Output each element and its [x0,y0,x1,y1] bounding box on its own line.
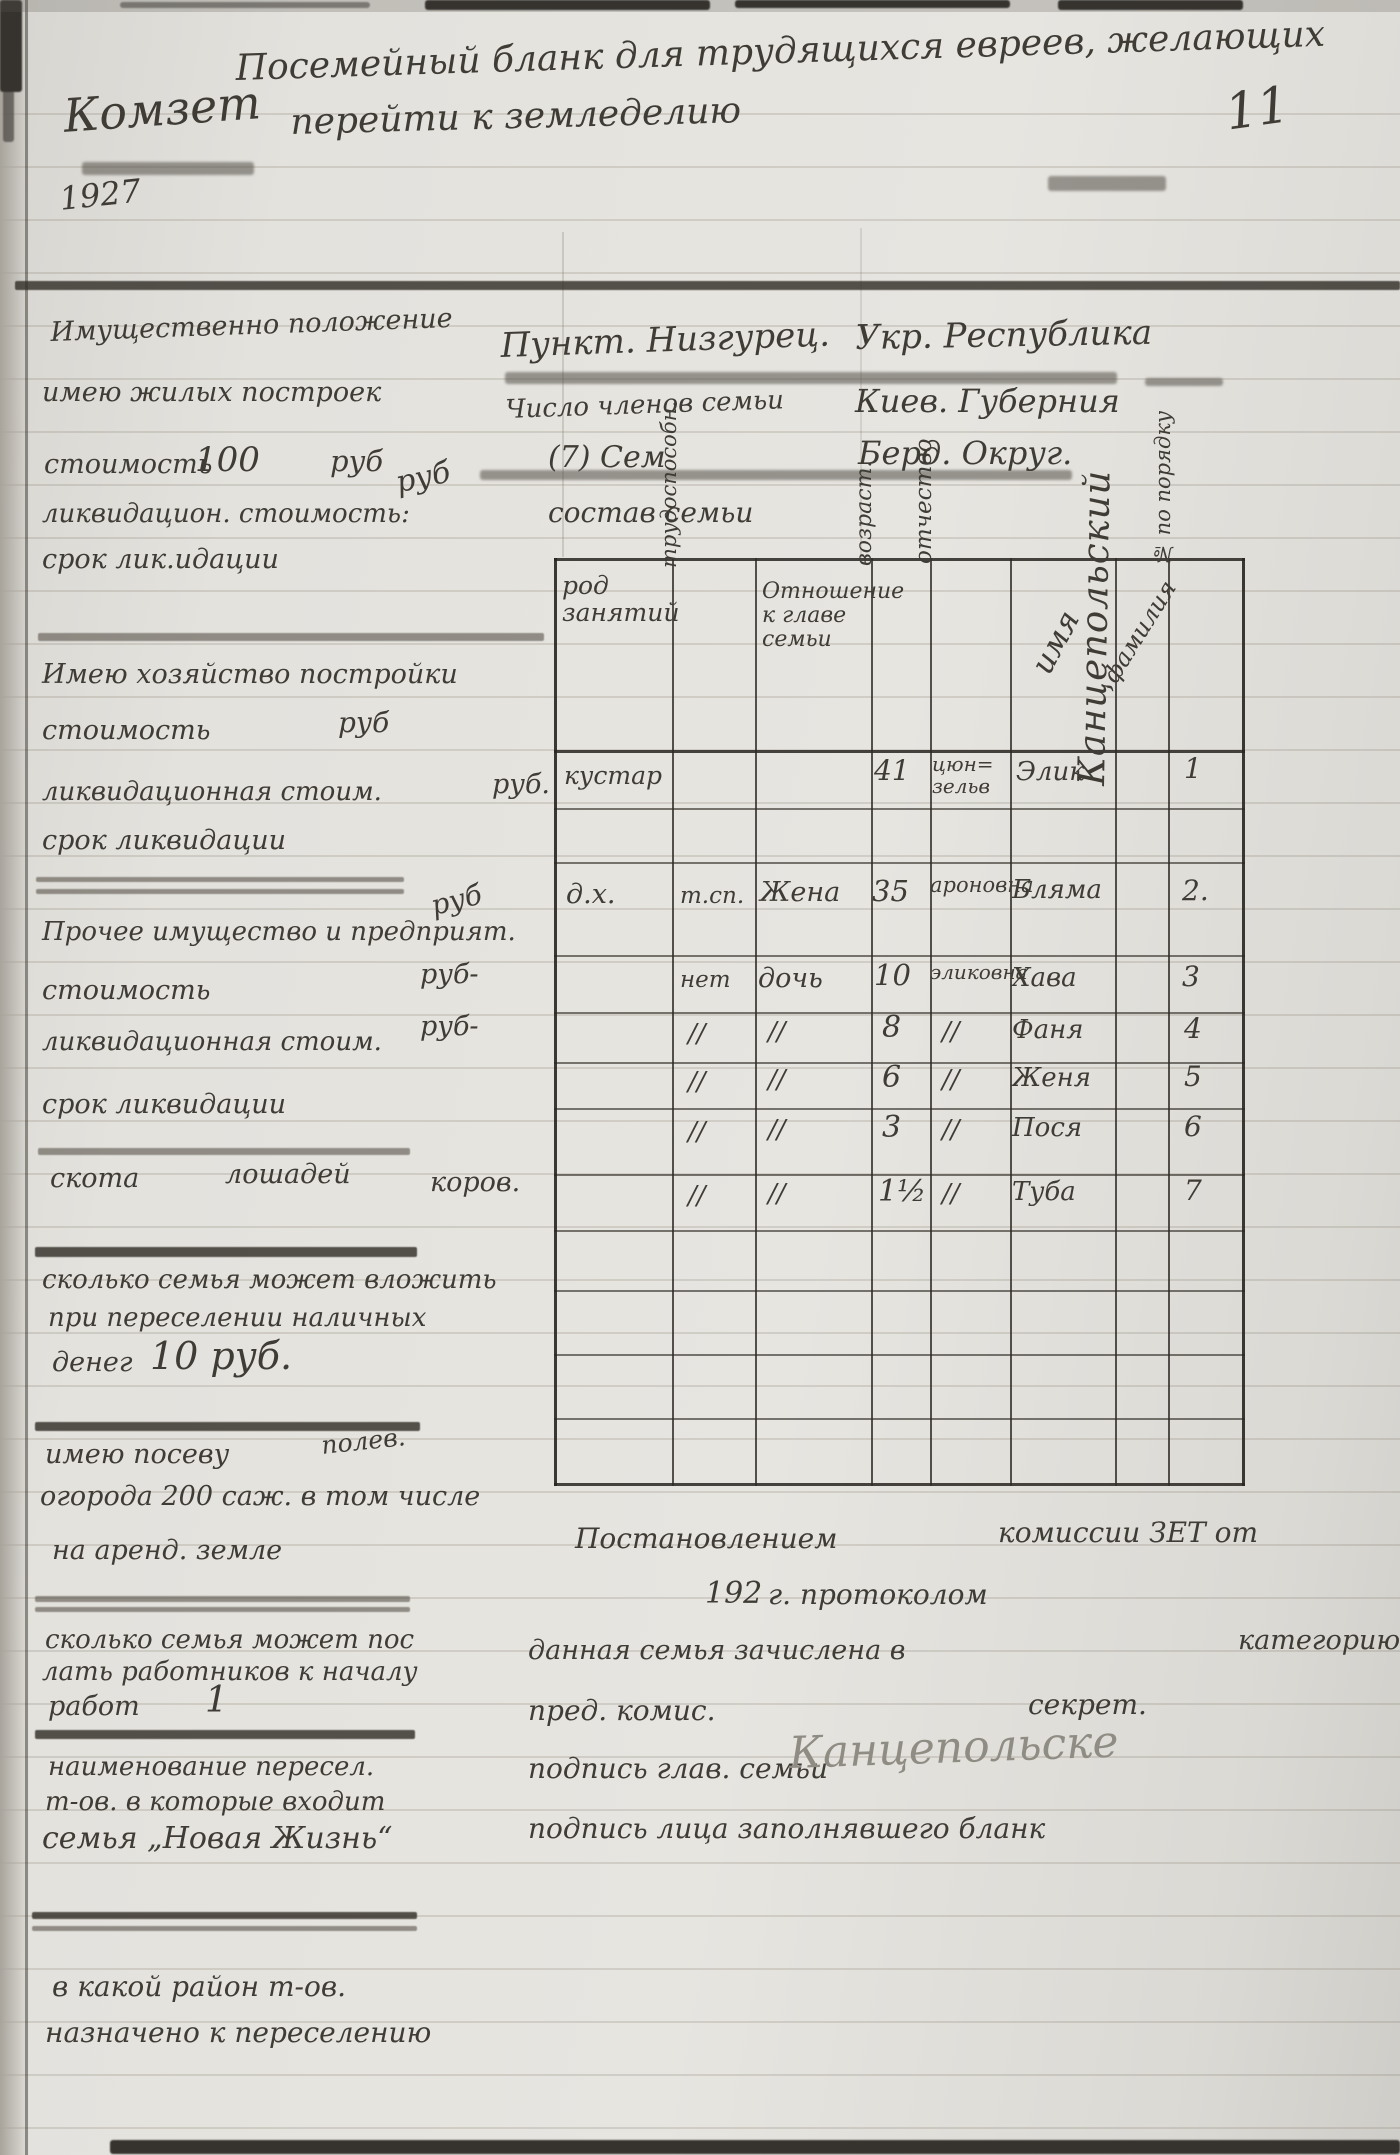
section-divider-line [35,1607,410,1612]
field-liq-cost-unit: руб [393,457,453,500]
cell-ability: // [688,1118,706,1146]
cell-name: Женя [1012,1064,1091,1092]
cell-ability: // [688,1068,706,1096]
field-liq-cost-unit: руб- [420,1012,479,1041]
cell-relation: дочь [758,964,823,993]
cell-relation: // [768,1116,786,1144]
field-liq-term: срок ликвидации [42,1090,286,1119]
section-divider-line [35,1247,417,1257]
field-cost-unit: руб- [420,960,479,989]
scan-top-mark [120,2,370,8]
field-liq-term: срок ликвидации [42,826,286,855]
field-workers-line1: сколько семья может пос [45,1626,414,1654]
pencil-smudge [82,162,254,175]
field-workers-value: 1 [205,1682,228,1721]
pencil-smudge [1145,378,1223,386]
field-members-label: Число членов семьи [505,386,784,424]
field-other-property-unit: руб [428,880,485,922]
scan-bottom-strip [110,2140,1400,2154]
scan-edge-mark [3,90,14,142]
table-title: состав семьи [548,498,753,528]
field-livestock-label: скота [50,1164,139,1193]
cell-patronymic: // [942,1116,960,1144]
cell-number: 3 [1182,962,1200,992]
cell-relation: // [768,1066,786,1094]
field-cost-unit: руб [338,708,389,738]
cell-number: 1 [1184,754,1202,784]
col-header-relation: Отношение к главе семьи [762,580,864,651]
cell-number: 6 [1184,1112,1202,1142]
field-liq-cost-label: ликвидационная стоим. [42,1028,382,1056]
cell-patronymic: // [942,1180,960,1208]
field-region-line2: назначено к переселению [45,2018,431,2048]
cell-number: 7 [1184,1176,1202,1206]
section-divider-line [38,1148,410,1155]
cell-age: 10 [874,960,911,991]
cell-patronymic: цюн= зельв [932,754,1008,797]
cell-name: Хава [1012,964,1077,992]
field-coop-line2: т-ов. в которые входит [45,1788,385,1816]
section-divider-line [32,1912,417,1919]
head-signature-label: подпись глав. семьи [528,1754,828,1784]
cell-name: Пося [1012,1114,1082,1142]
field-farm-buildings: Имею хозяйство постройки [42,660,458,689]
cell-age: 35 [872,876,909,907]
field-invest-money-value: 10 руб. [150,1336,292,1377]
cell-age: 1½ [878,1176,926,1208]
field-invest-line1: сколько семья может вложить [42,1266,497,1294]
section-divider-line [35,1596,410,1602]
resolution-chairman-label: пред. комис. [528,1696,715,1726]
cell-relation: // [768,1018,786,1046]
field-region-line1: в какой район т-ов. [52,1972,346,2002]
field-okrug: Берд. Округ. [858,436,1072,471]
section-divider-line [35,1730,415,1739]
col-header-number: № по порядку [1153,388,1174,566]
field-liq-cost-label: ликвидацион. стоимость: [42,500,410,528]
section-divider-line [38,633,544,641]
filler-signature-label: подпись лица заполнявшего бланк [528,1814,1045,1844]
cell-name: Элик [1016,758,1085,786]
cell-number: 2. [1182,876,1209,906]
cell-patronymic: // [942,1018,960,1046]
field-other-property: Прочее имущество и предприят. [42,918,516,946]
resolution-protocol: г. протоколом [768,1580,988,1610]
cell-relation: Жена [760,878,840,907]
col-header-occupation: род занятий [562,572,664,626]
head-signature: Канцепольске [788,1718,1119,1777]
cell-patronymic: ароновна [930,874,1008,897]
form-number: 11 [1222,77,1293,139]
field-sowing-garden: огорода 200 саж. в том числе [40,1482,480,1511]
resolution-secretary-label: секрет. [1028,1690,1147,1720]
scan-corner-mark [0,0,22,92]
cell-number: 5 [1184,1062,1202,1092]
cell-name: Туба [1012,1178,1076,1206]
main-divider-line [15,281,1400,290]
form-title-line1: Посемейный бланк для трудящихся евреев, … [235,16,1326,89]
field-liq-term: срок лик.идации [42,545,279,574]
form-year: 1927 [58,173,143,216]
field-sowing-label: имею посеву [45,1440,229,1469]
cell-age: 6 [882,1062,901,1094]
scan-top-mark [735,0,1010,8]
field-invest-line2: при переселении наличных [48,1304,426,1332]
resolution-line1a: Постановлением [575,1524,837,1554]
cell-ability: // [688,1020,706,1048]
form-org: Комзет [62,78,262,141]
field-dwellings: имею жилых построек [42,378,381,407]
resolution-line1b: комиссии ЗЕТ от [998,1518,1258,1548]
scanned-form-page: Комзет 1927 Посемейный бланк для трудящи… [0,0,1400,2155]
cell-ability: нет [680,968,731,993]
resolution-category-word: категорию [1238,1626,1400,1655]
cell-relation: // [768,1180,786,1208]
cell-age: 41 [874,756,910,786]
col-header-age: возраст. [854,390,876,566]
field-punkt: Пункт. Низгурец. [500,317,830,365]
field-cost-label: стоимость [44,450,212,479]
field-cost-label: стоимость [42,716,210,745]
field-property-status: Имущественно положение [50,304,453,347]
cell-ability: т.сп. [680,884,744,909]
cell-patronymic: // [942,1066,960,1094]
field-liq-cost-unit: руб. [492,770,550,799]
surname-vertical: Канцепольский [1073,377,1117,786]
scan-top-mark [1058,0,1243,10]
section-divider-line [36,877,404,882]
field-livestock-horses: лошадей [225,1160,351,1189]
field-sowing-rented: на аренд. земле [52,1536,282,1565]
cell-age: 3 [882,1112,901,1144]
pencil-smudge [1048,176,1166,191]
cell-occupation: кустар [564,762,662,789]
cell-age: 8 [882,1012,901,1044]
field-cost-value: 100 [195,442,260,479]
field-cost-label: стоимость [42,976,210,1005]
section-divider-line [32,1926,417,1931]
cell-ability: // [688,1182,706,1210]
scan-left-fold-line [25,0,28,2155]
resolution-category-label: данная семья зачислена в [528,1636,905,1665]
cell-number: 4 [1184,1014,1202,1044]
form-title-line2: перейти к земледелию [290,92,742,143]
family-table: род занятий трудоспособн. Отношение к гл… [554,558,1245,1486]
cell-occupation: д.х. [566,880,616,909]
field-workers-line2: лать работников к началу [42,1658,418,1686]
cell-patronymic: эликовна [930,962,1006,984]
field-invest-money-label: денег [52,1348,133,1377]
cell-name: Фаня [1012,1016,1083,1044]
col-header-ability: трудоспособн. [659,396,680,568]
resolution-year: 192 [705,1578,762,1610]
field-coop-line1: наименование пересел. [48,1753,374,1781]
section-divider-line [36,889,404,894]
cell-name: Бляма [1012,876,1102,904]
col-header-patronymic: отчество [913,384,936,564]
field-republic: Укр. Республика [855,315,1152,357]
field-cost-unit: руб [330,446,383,477]
field-coop-name: семья „Новая Жизнь“ [42,1823,393,1855]
scan-top-mark [425,0,710,10]
field-workers-label: работ [48,1692,140,1721]
field-liq-cost-label: ликвидационная стоим. [42,778,382,806]
field-livestock-cows: коров. [430,1168,520,1197]
